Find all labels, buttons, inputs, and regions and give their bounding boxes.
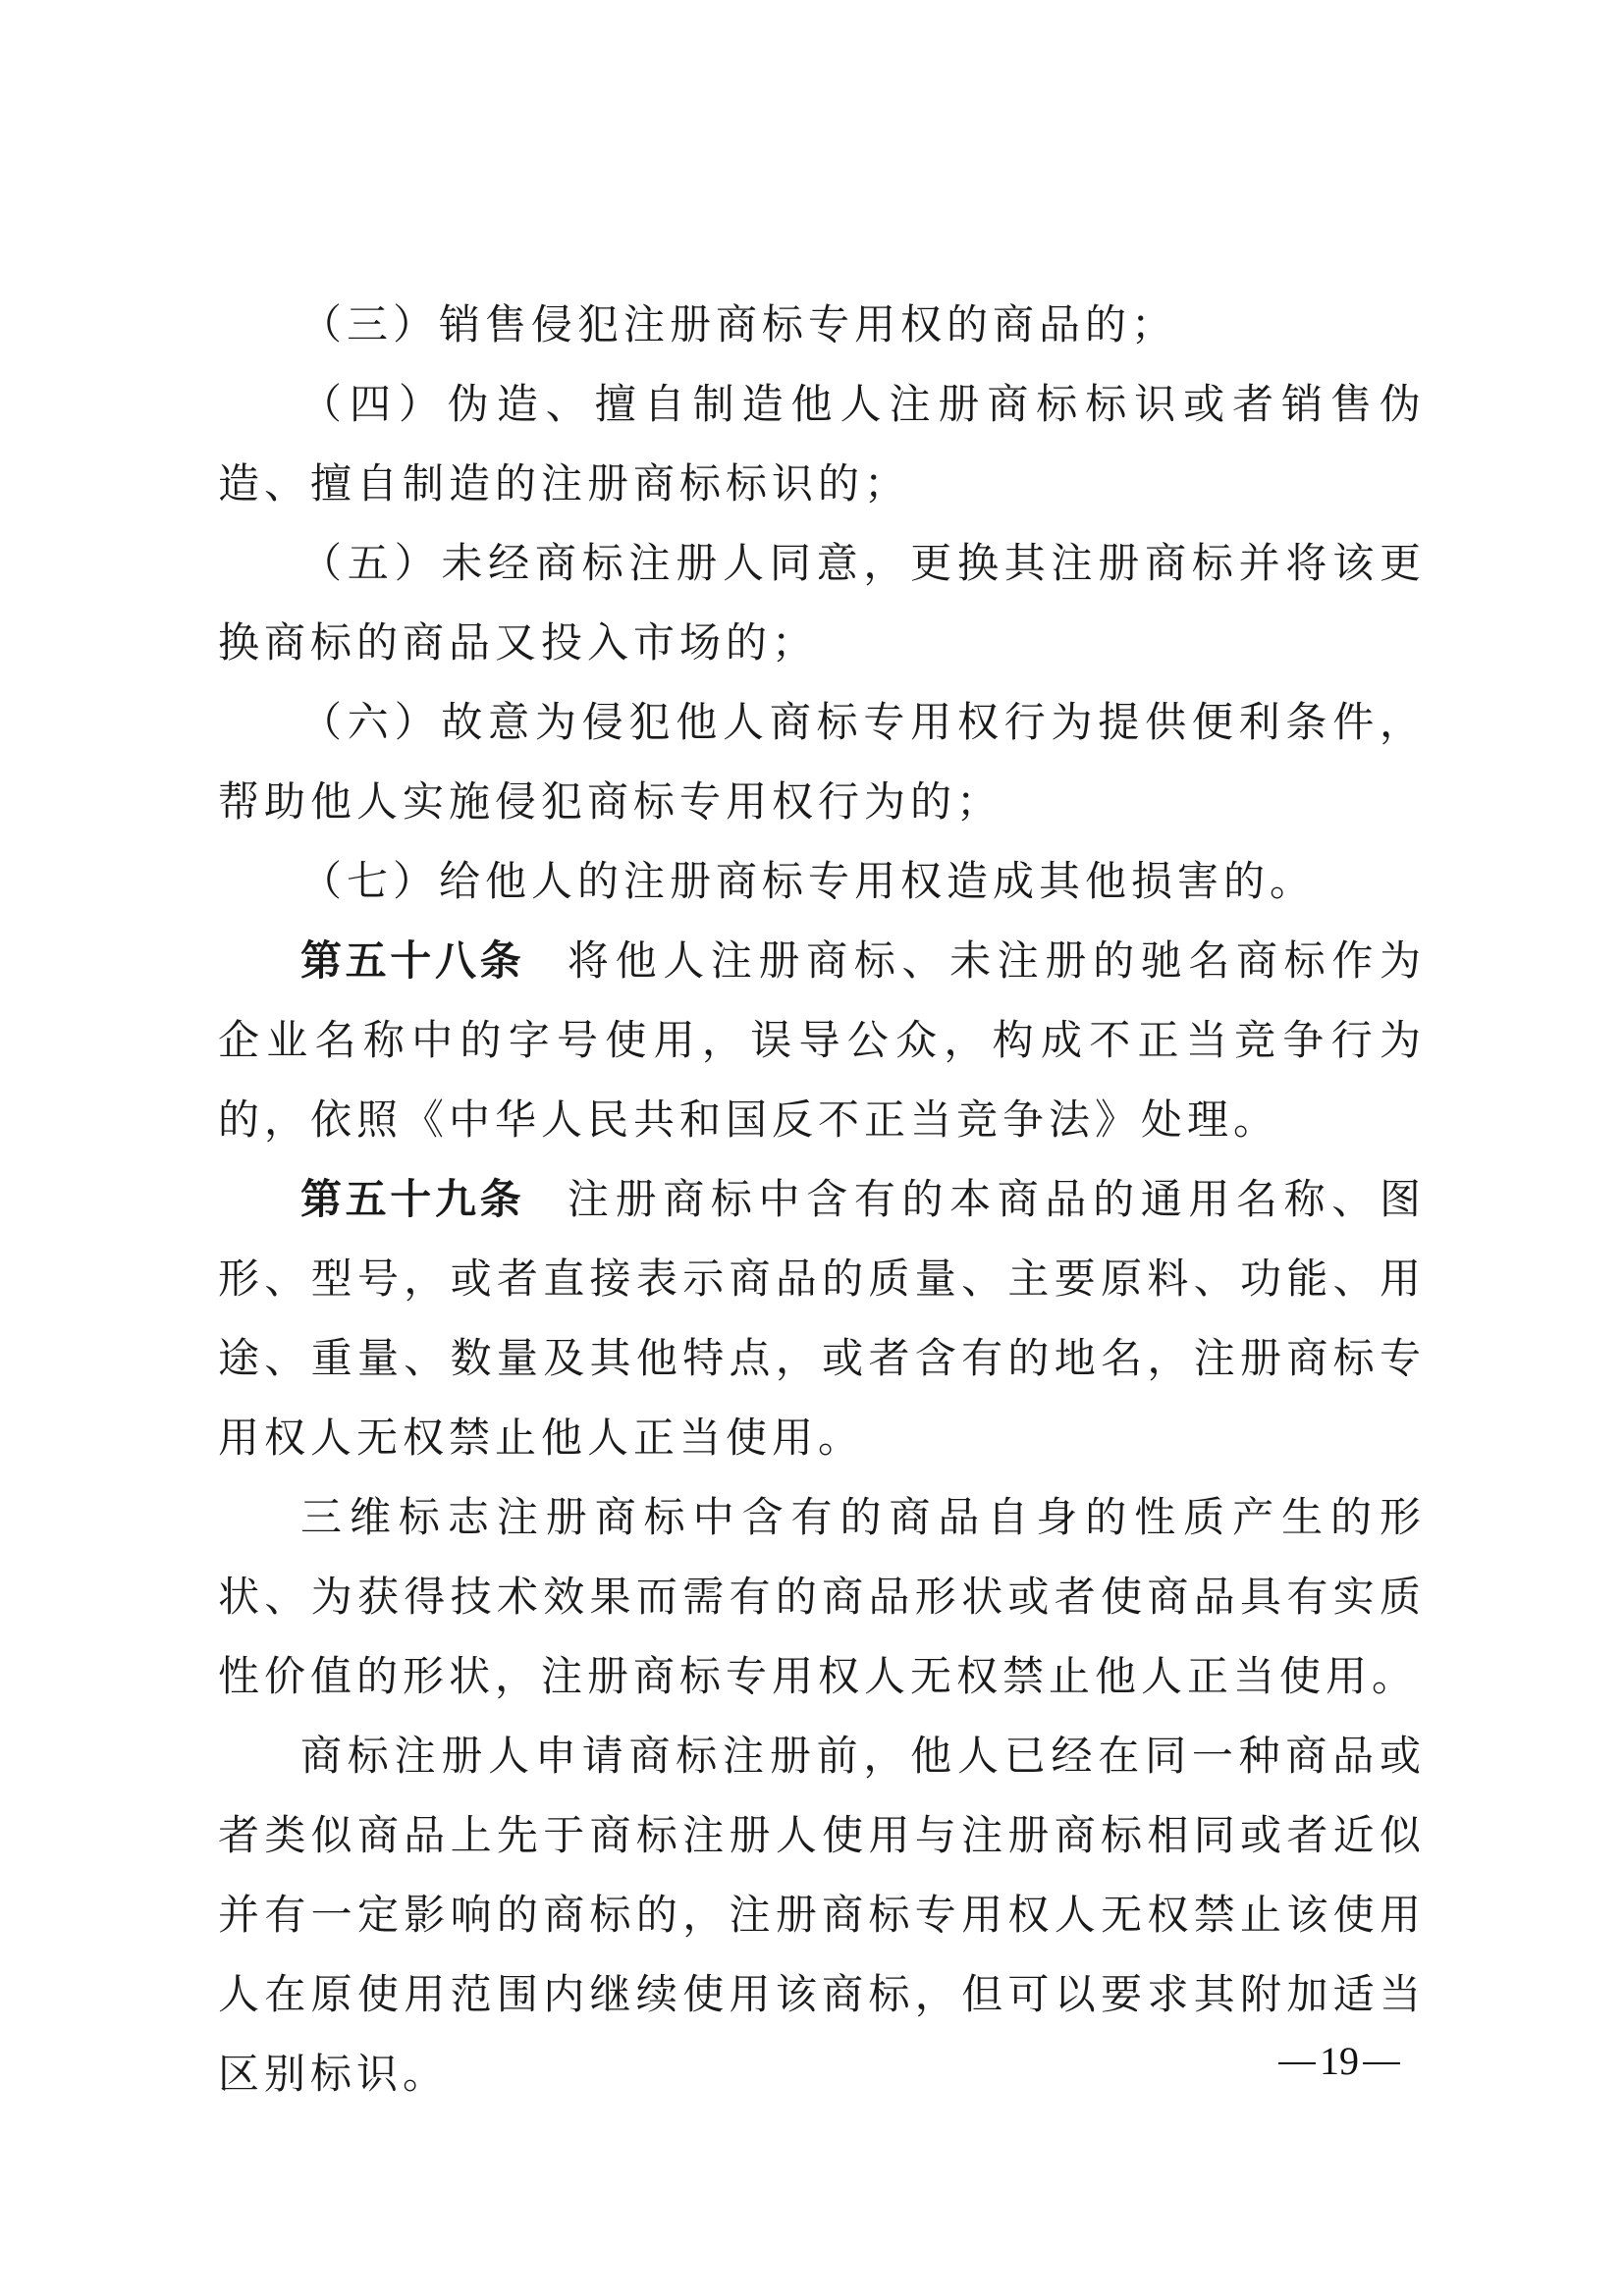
article-number: 第五十八条 (300, 936, 524, 985)
article-number: 第五十九条 (300, 1175, 524, 1223)
document-page: （三）销售侵犯注册商标专用权的商品的； （四）伪造、擅自制造他人注册商标标识或者… (0, 0, 1624, 2296)
dash-decoration (1363, 2062, 1400, 2064)
document-body: （三）销售侵犯注册商标专用权的商品的； （四）伪造、擅自制造他人注册商标标识或者… (218, 285, 1426, 2113)
list-item-7: （七）给他人的注册商标专用权造成其他损害的。 (218, 841, 1426, 921)
page-number-value: 19 (1320, 2039, 1359, 2083)
page-number: 19 (1274, 2037, 1404, 2086)
list-item-3: （三）销售侵犯注册商标专用权的商品的； (218, 285, 1426, 364)
body-paragraph: 商标注册人申请商标注册前，他人已经在同一种商品或者类似商品上先于商标注册人使用与… (218, 1716, 1426, 2113)
article-59: 第五十九条注册商标中含有的本商品的通用名称、图形、型号，或者直接表示商品的质量、… (218, 1159, 1426, 1477)
body-paragraph: 三维标志注册商标中含有的商品自身的性质产生的形状、为获得技术效果而需有的商品形状… (218, 1477, 1426, 1716)
dash-decoration (1278, 2062, 1316, 2064)
list-item-5: （五）未经商标注册人同意，更换其注册商标并将该更换商标的商品又投入市场的； (218, 523, 1426, 682)
article-58: 第五十八条将他人注册商标、未注册的驰名商标作为企业名称中的字号使用，误导公众，构… (218, 921, 1426, 1159)
list-item-6: （六）故意为侵犯他人商标专用权行为提供便利条件，帮助他人实施侵犯商标专用权行为的… (218, 682, 1426, 841)
list-item-4: （四）伪造、擅自制造他人注册商标标识或者销售伪造、擅自制造的注册商标标识的； (218, 364, 1426, 523)
